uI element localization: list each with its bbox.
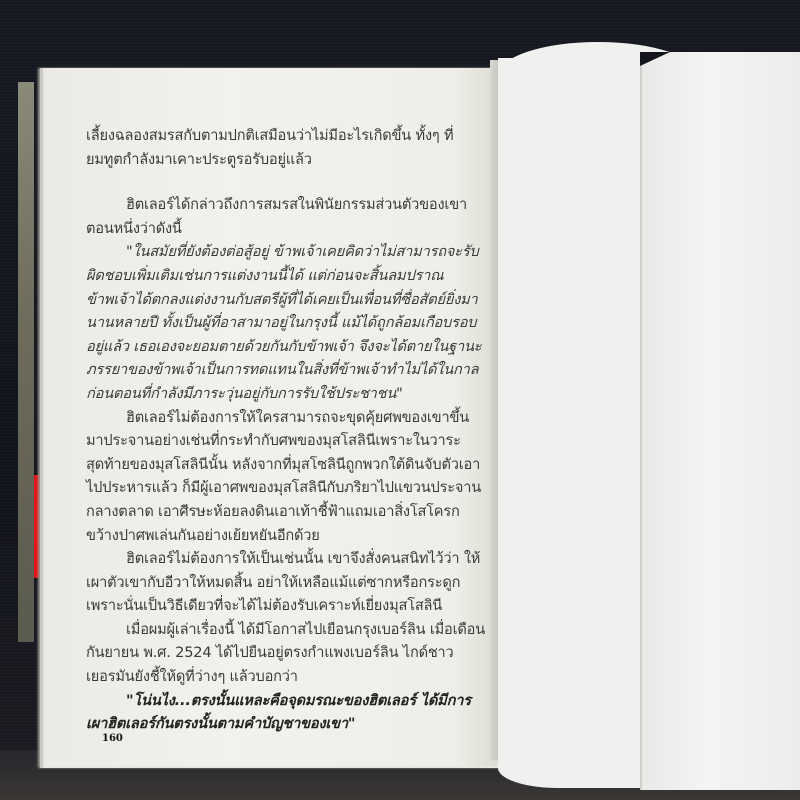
left-page-text: เลี้ยงฉลองสมรสกับตามปกติเสมือนว่าไม่มีอะ…	[86, 124, 486, 736]
paragraph-cremation-order: ฮิตเลอร์ไม่ต้องการให้เป็นเช่นนั้น เขาจึง…	[86, 547, 486, 618]
cover-flap	[640, 52, 800, 790]
paragraph-berlin-visit: เมื่อผมผู้เล่าเรื่องนี้ ได้มีโอกาสไปเยือ…	[86, 618, 486, 689]
paragraph-will-intro: ฮิตเลอร์ได้กล่าวถึงการสมรสในพินัยกรรมส่ว…	[86, 193, 486, 240]
page-number: 160	[102, 733, 123, 744]
paragraph-mussolini: ฮิตเลอร์ไม่ต้องการให้ใครสามารถจะขุดคุ้ยศ…	[86, 406, 486, 548]
paragraph-continuation: เลี้ยงฉลองสมรสกับตามปกติเสมือนว่าไม่มีอะ…	[86, 124, 486, 171]
paragraph-guide-quote: "โน่นไง...ตรงนั้นแหละคือจุดมรณะของฮิตเลอ…	[86, 689, 486, 736]
book-cover-edge	[18, 82, 34, 642]
paragraph-quote-will: "ในสมัยที่ยังต้องต่อสู้อยู่ ข้าพเจ้าเคยค…	[86, 240, 486, 405]
